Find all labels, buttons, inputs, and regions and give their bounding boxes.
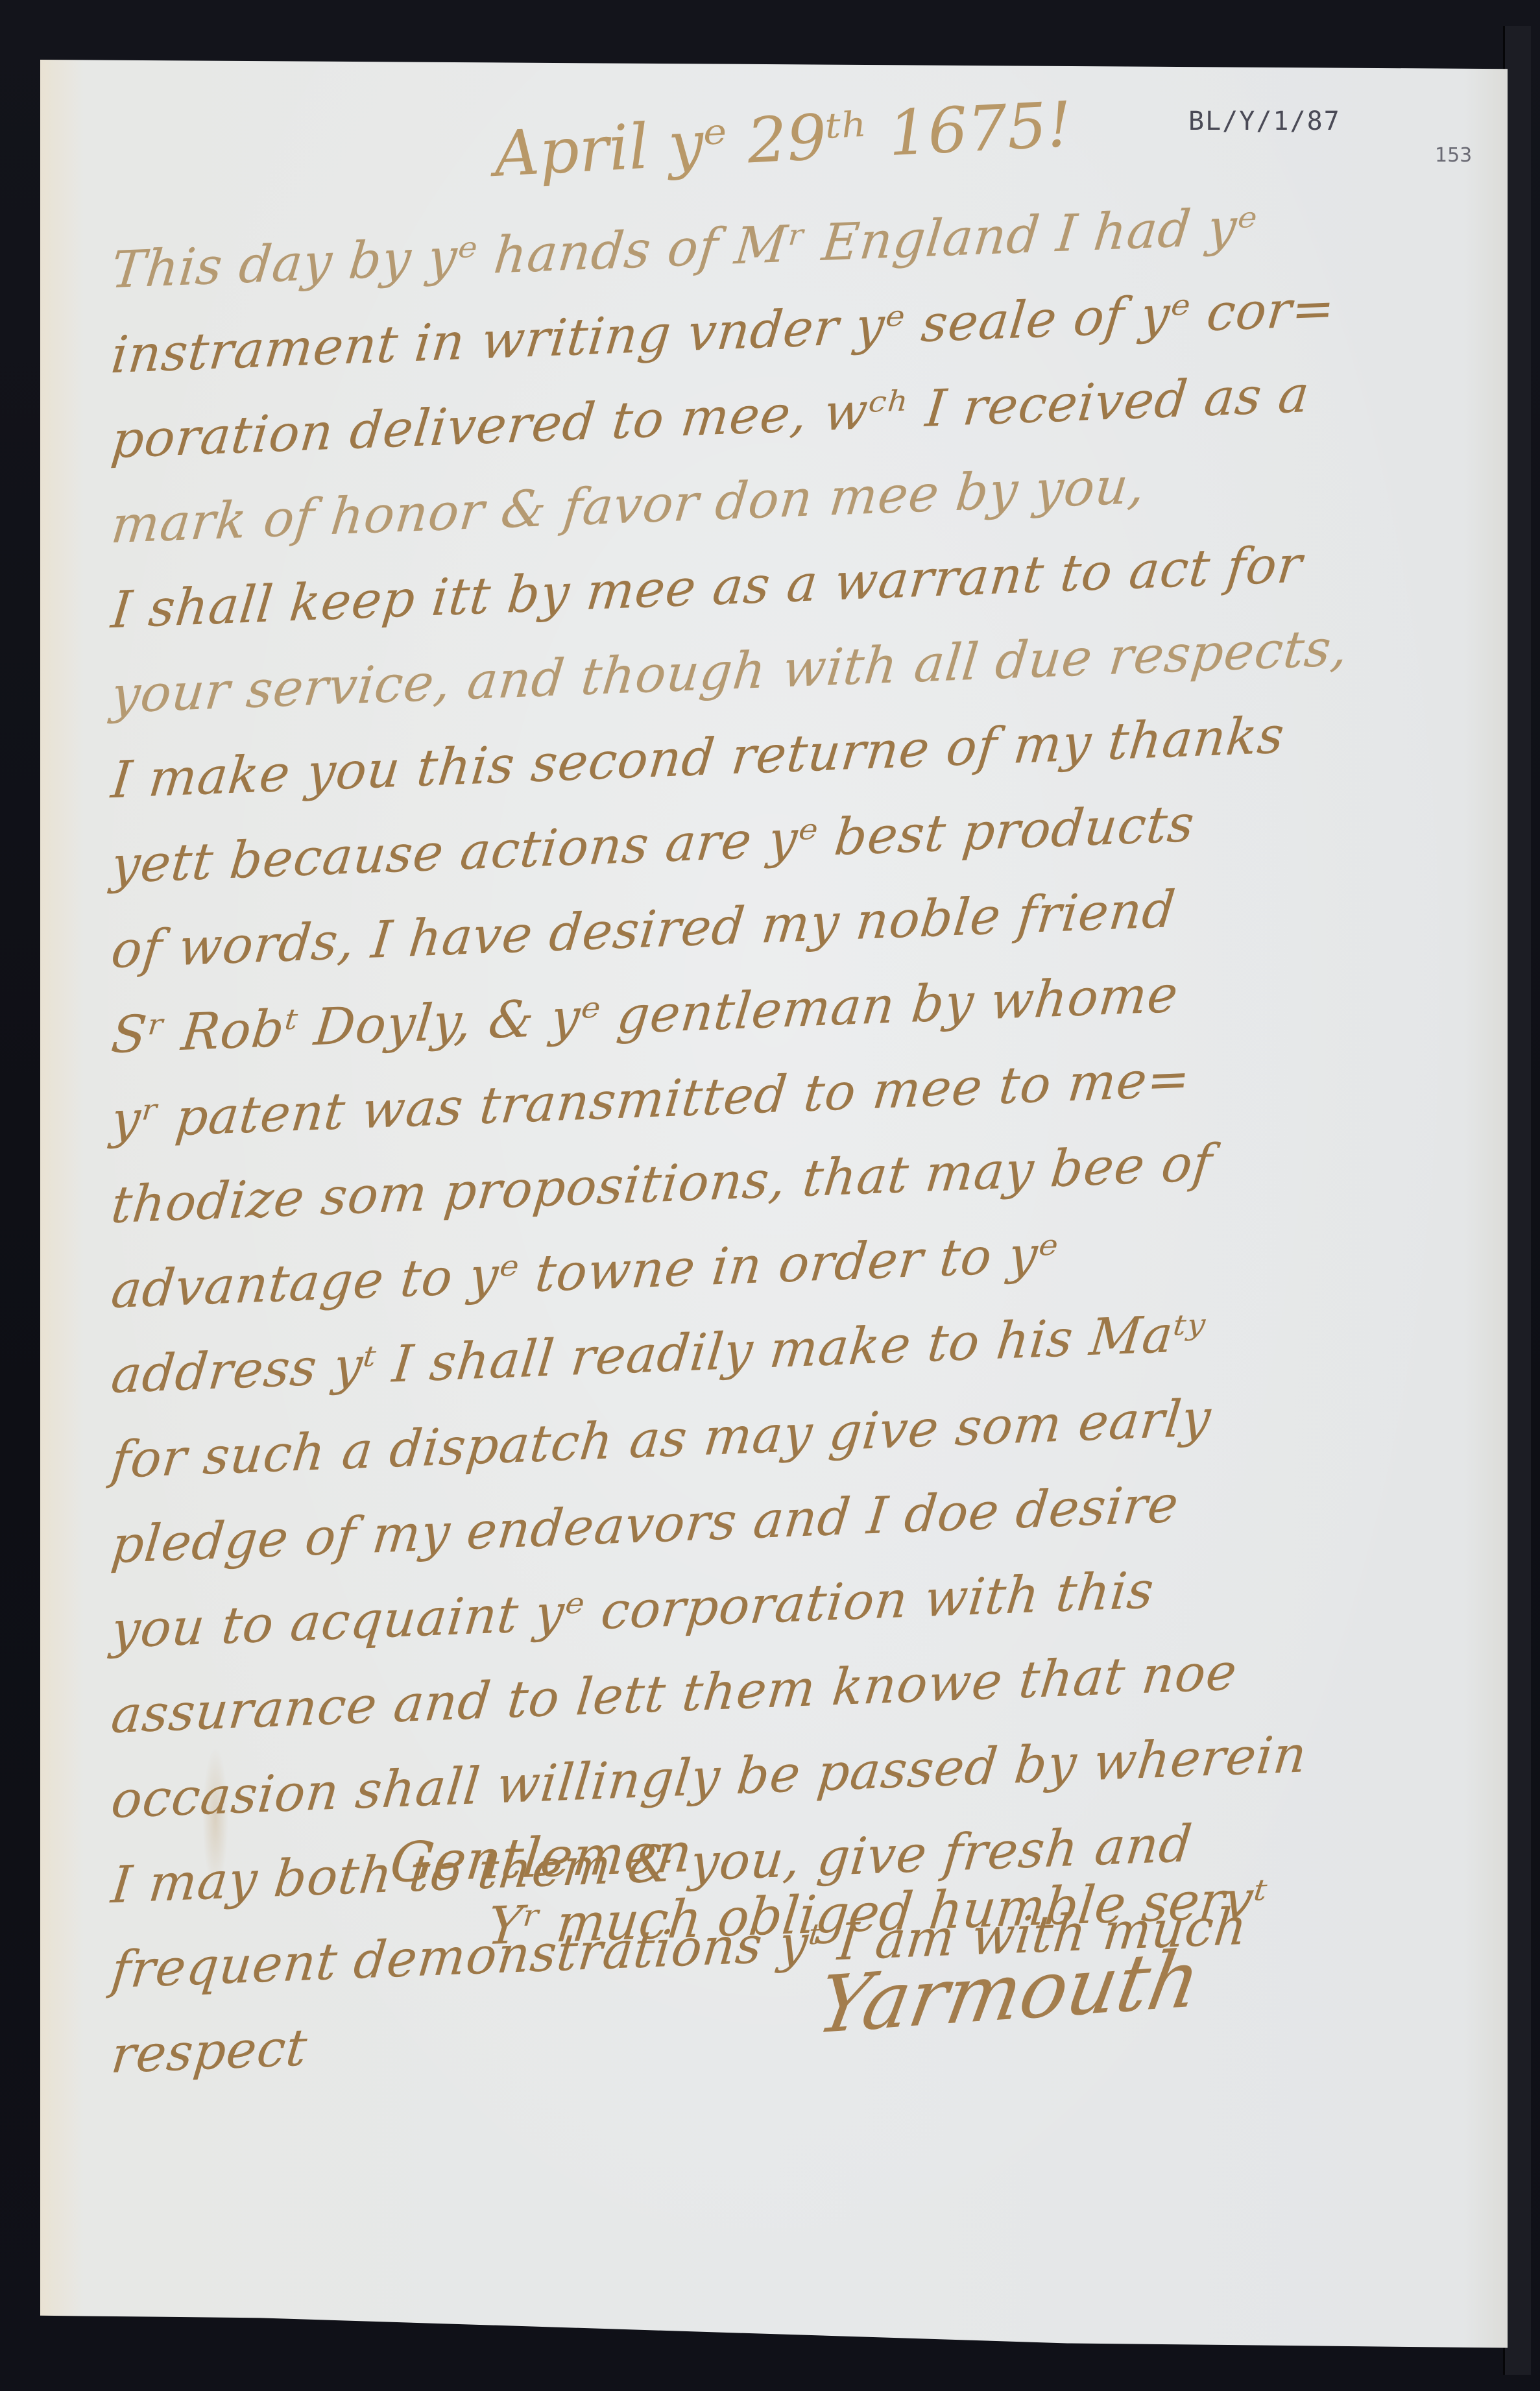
ink-stain (202, 1747, 228, 1889)
archive-reference: BL/Y/1/87 (1188, 106, 1341, 136)
letter-dateline: April yᵉ 29ᵗʰ 1675! (492, 88, 1074, 190)
letter-body: This day by yᵉ hands of Mʳ England I had… (112, 228, 1500, 2098)
manuscript-sheet: BL/Y/1/87 153 April yᵉ 29ᵗʰ 1675! This d… (40, 60, 1508, 2366)
folio-number: 153 (1435, 144, 1472, 167)
closing-salutation: Gentlemen (387, 1821, 695, 1895)
